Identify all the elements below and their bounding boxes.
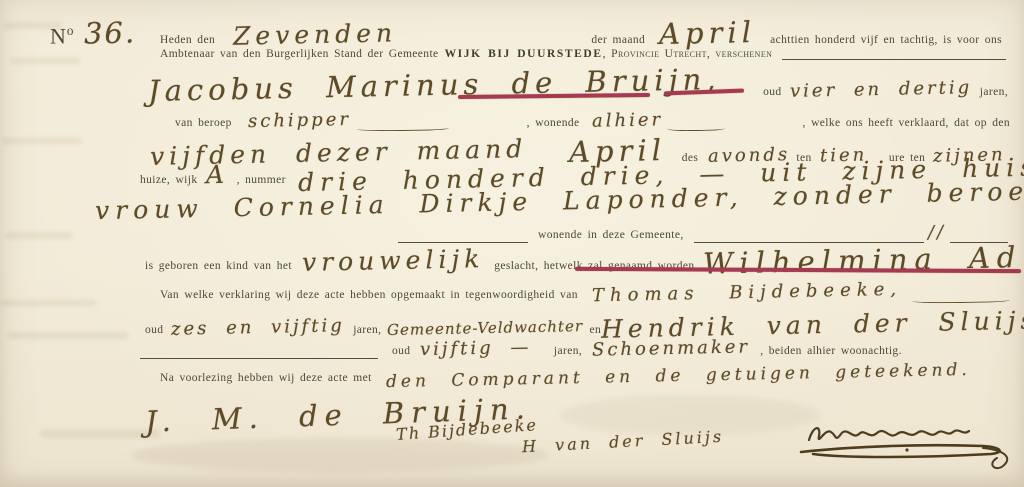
line-getuigen-1: Van welke verklaring wij deze acte hebbe…: [160, 282, 1010, 303]
printed-ambtenaar: Ambtenaar van den Burgerlijken Stand der…: [160, 48, 439, 60]
act-number-sup: o: [67, 23, 75, 38]
gemeente-name: WIJK BIJ DUURSTEDE: [445, 48, 603, 60]
hw-declarant-name: Jacobus Marinus de Bruijn,: [148, 62, 721, 108]
hw-signature-witness1: Th Bijdebeeke: [396, 415, 539, 444]
hw-wijk: A: [205, 160, 229, 189]
line-date: Heden den Zevenden der maand April achtt…: [160, 16, 1002, 50]
printed-provincie: , Provincie Utrecht, verschenen: [603, 48, 773, 60]
printed-wonende-gemeente: wonende in deze Gemeente,: [538, 229, 684, 241]
spacer: [725, 125, 803, 126]
hw-declarant-age: vier en dertig: [789, 77, 972, 102]
birth-certificate-scan: No 36. Heden den Zevenden der maand Apri…: [0, 0, 1024, 487]
printed-is-geboren: is geboren een kind van het: [145, 260, 292, 272]
printed-woonachtig: , beiden alhier woonachtig.: [760, 345, 902, 357]
spacer: [449, 125, 527, 126]
printed-wonende: , wonende: [527, 117, 580, 129]
act-number: No 36.: [50, 16, 137, 50]
hw-signature-witness2: H van der Sluijs: [522, 427, 725, 457]
blank-rule: [140, 354, 378, 359]
printed-der-maand: der maand: [591, 34, 645, 46]
hw-month: April: [659, 15, 757, 51]
hw-witness2-beroep: Schoenmaker: [592, 336, 750, 360]
hw-witness1-age: zes en vijftig: [171, 315, 345, 340]
signature-witness1: Th Bijdebeeke: [396, 420, 538, 439]
line-wonende-gemeente: wonende in deze Gemeente, //: [398, 222, 1008, 243]
printed-jaren-2: jaren,: [353, 324, 381, 336]
act-number-label: No: [50, 23, 74, 49]
printed-huize-wijk: huize, wijk: [140, 174, 198, 186]
act-number-value: 36.: [84, 15, 137, 50]
hw-witness1-beroep: Gemeente-Veldwachter: [387, 317, 583, 339]
line-moeder: vrouw Cornelia Dirkje Laponder, zonder b…: [95, 186, 1004, 215]
bleedthrough-mark: [10, 58, 80, 64]
hw-child-name: Wilhelmina Adriana.: [702, 237, 1024, 280]
spacer: [721, 94, 764, 95]
blank-rule: [782, 55, 1006, 60]
spacer: [397, 42, 591, 43]
ink-smudge: [130, 438, 550, 472]
line-getuigen-2: oud zes en vijftig jaren, Gemeente-Veldw…: [145, 310, 1010, 339]
line-voorlezing: Na voorlezing hebben wij deze acte met d…: [160, 366, 1012, 386]
printed-nummer: , nummer: [237, 174, 286, 186]
bleedthrough-mark: [2, 138, 82, 144]
printed-jaren: jaren,: [980, 86, 1008, 98]
printed-verklaard: , welke ons heeft verklaard, dat op den: [803, 117, 1010, 129]
printed-heden-den: Heden den: [160, 34, 215, 46]
bleedthrough-mark: [8, 332, 128, 339]
line-getuigen-3: oud vijftig — jaren, Schoenmaker , beide…: [140, 338, 1004, 359]
printed-year: achttien honderd vijf en tachtig, is voo…: [770, 34, 1002, 46]
printed-oud-2: oud: [145, 324, 163, 336]
printed-oud-3: oud: [392, 345, 410, 357]
hw-witness1-name: Thomas Bijdebeeke,: [592, 279, 902, 306]
printed-oud: oud: [763, 86, 781, 98]
hw-dash: [912, 296, 1010, 303]
bleedthrough-mark: [0, 300, 96, 306]
registrar-signature-flourish: [795, 406, 1020, 478]
printed-van-beroep: van beroep: [175, 117, 232, 129]
bleedthrough-mark: [6, 232, 72, 239]
hw-dash: [667, 125, 725, 132]
hw-day: Zevenden: [233, 18, 398, 50]
hw-witness2-age: vijftig —: [420, 337, 532, 360]
hw-beroep: schipper: [248, 109, 351, 132]
printed-en: en: [590, 324, 602, 336]
hw-dash: [357, 125, 449, 132]
hw-wonende: alhier: [591, 109, 663, 131]
signature-witness2: H van der Sluijs: [522, 432, 724, 451]
bleedthrough-mark: [40, 430, 160, 438]
printed-verklaring: Van welke verklaring wij deze acte hebbe…: [160, 289, 578, 301]
printed-jaren-3: jaren,: [554, 345, 582, 357]
printed-voorlezing: Na voorlezing hebben wij deze acte met: [160, 372, 372, 384]
line-beroep: van beroep schipper , wonende alhier , w…: [175, 110, 1010, 131]
hw-slash: //: [928, 222, 947, 243]
hw-voorlezing: den Comparant en de getuigen geteekend.: [386, 360, 971, 392]
hw-geslacht: vrouwelijk: [302, 244, 485, 277]
line-ambtenaar: Ambtenaar van den Burgerlijken Stand der…: [160, 48, 1006, 60]
